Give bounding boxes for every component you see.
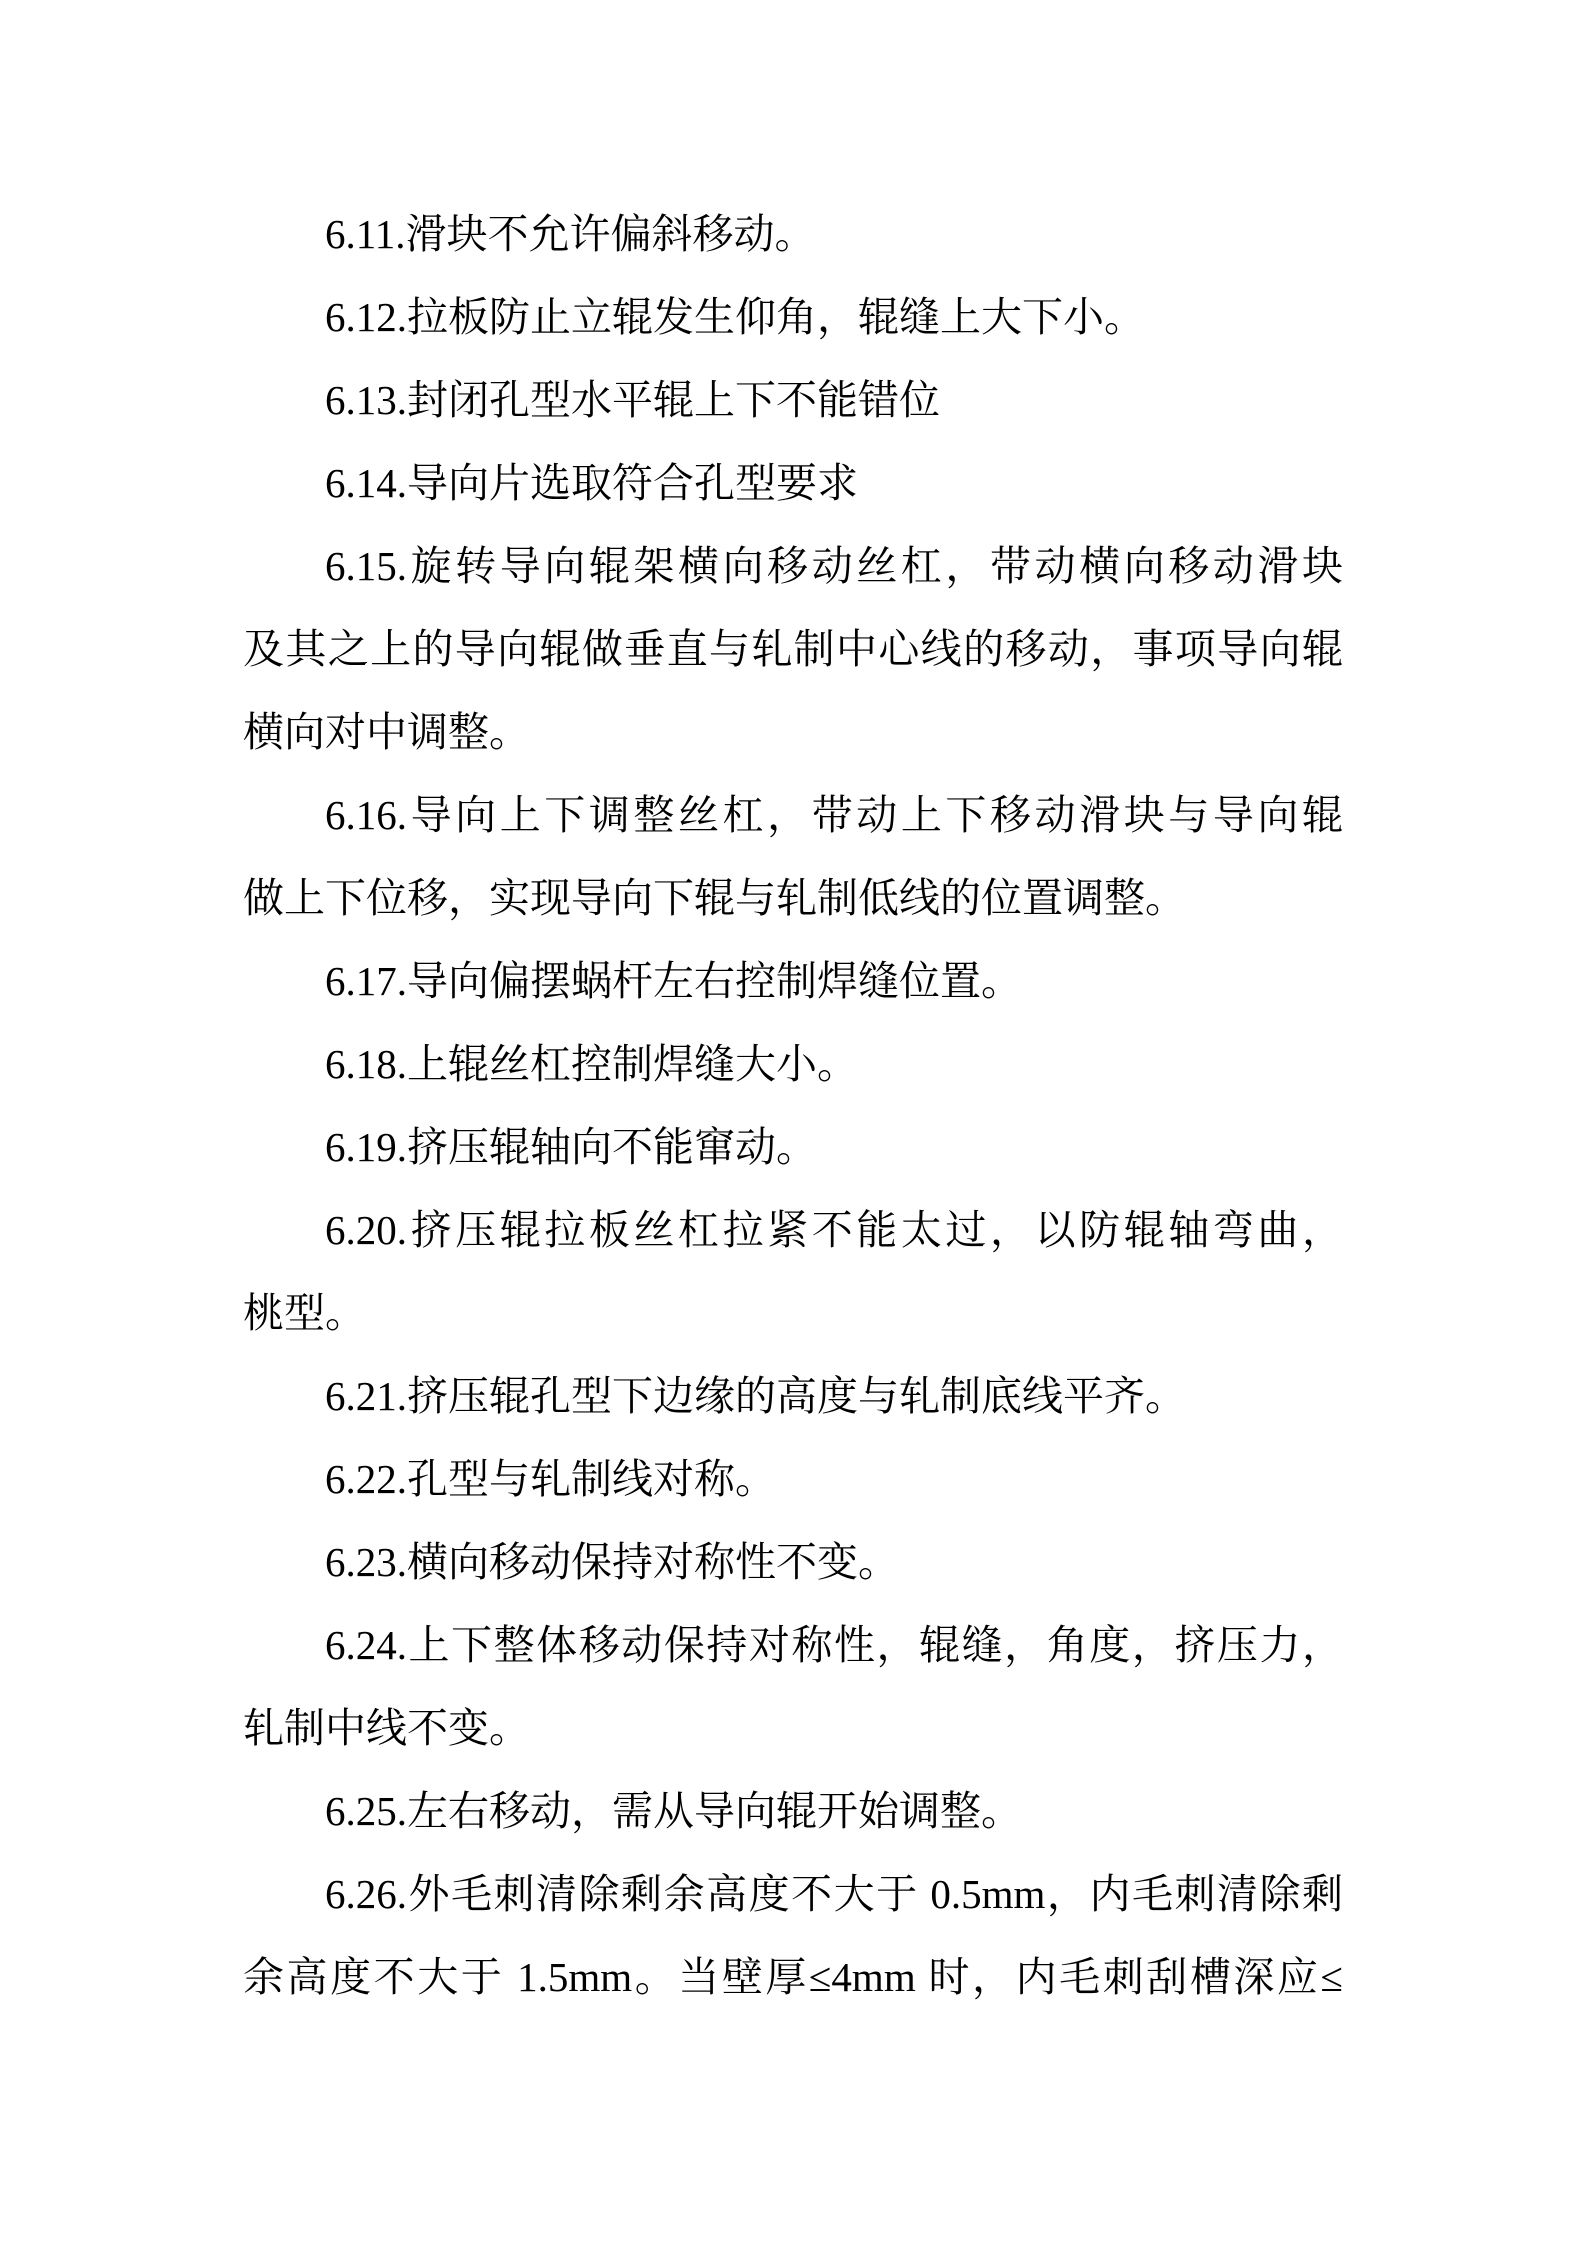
clause-6-26-line-2: 余高度不大于 1.5mm。当壁厚≤4mm 时，内毛刺刮槽深应≤ <box>243 1936 1343 2019</box>
clause-6-20-line-2: 桃型。 <box>243 1272 1343 1355</box>
clause-6-19: 6.19.挤压辊轴向不能窜动。 <box>243 1106 1343 1189</box>
clause-6-24-line-1: 6.24.上下整体移动保持对称性，辊缝，角度，挤压力， <box>243 1604 1343 1687</box>
clause-6-24-line-2: 轧制中线不变。 <box>243 1687 1343 1770</box>
clause-6-17: 6.17.导向偏摆蜗杆左右控制焊缝位置。 <box>243 940 1343 1023</box>
clause-6-22: 6.22.孔型与轧制线对称。 <box>243 1438 1343 1521</box>
clause-6-16-line-2: 做上下位移，实现导向下辊与轧制低线的位置调整。 <box>243 857 1343 940</box>
clause-6-15-line-1: 6.15.旋转导向辊架横向移动丝杠，带动横向移动滑块 <box>243 525 1343 608</box>
clause-6-15-line-2: 及其之上的导向辊做垂直与轧制中心线的移动，事项导向辊 <box>243 608 1343 691</box>
clause-6-14: 6.14.导向片选取符合孔型要求 <box>243 442 1343 525</box>
clause-6-13: 6.13.封闭孔型水平辊上下不能错位 <box>243 359 1343 442</box>
clause-6-23: 6.23.横向移动保持对称性不变。 <box>243 1521 1343 1604</box>
clause-6-12: 6.12.拉板防止立辊发生仰角，辊缝上大下小。 <box>243 276 1343 359</box>
clause-6-18: 6.18.上辊丝杠控制焊缝大小。 <box>243 1023 1343 1106</box>
clause-6-26-line-1: 6.26.外毛刺清除剩余高度不大于 0.5mm，内毛刺清除剩 <box>243 1853 1343 1936</box>
clause-6-16-line-1: 6.16.导向上下调整丝杠，带动上下移动滑块与导向辊 <box>243 774 1343 857</box>
clause-6-11: 6.11.滑块不允许偏斜移动。 <box>243 193 1343 276</box>
clause-6-21: 6.21.挤压辊孔型下边缘的高度与轧制底线平齐。 <box>243 1355 1343 1438</box>
clause-6-15-line-3: 横向对中调整。 <box>243 691 1343 774</box>
clause-6-25: 6.25.左右移动，需从导向辊开始调整。 <box>243 1770 1343 1853</box>
clause-6-20-line-1: 6.20.挤压辊拉板丝杠拉紧不能太过，以防辊轴弯曲， <box>243 1189 1343 1272</box>
document-page: 6.11.滑块不允许偏斜移动。 6.12.拉板防止立辊发生仰角，辊缝上大下小。 … <box>0 0 1587 2245</box>
text-block: 6.11.滑块不允许偏斜移动。 6.12.拉板防止立辊发生仰角，辊缝上大下小。 … <box>243 193 1343 2019</box>
